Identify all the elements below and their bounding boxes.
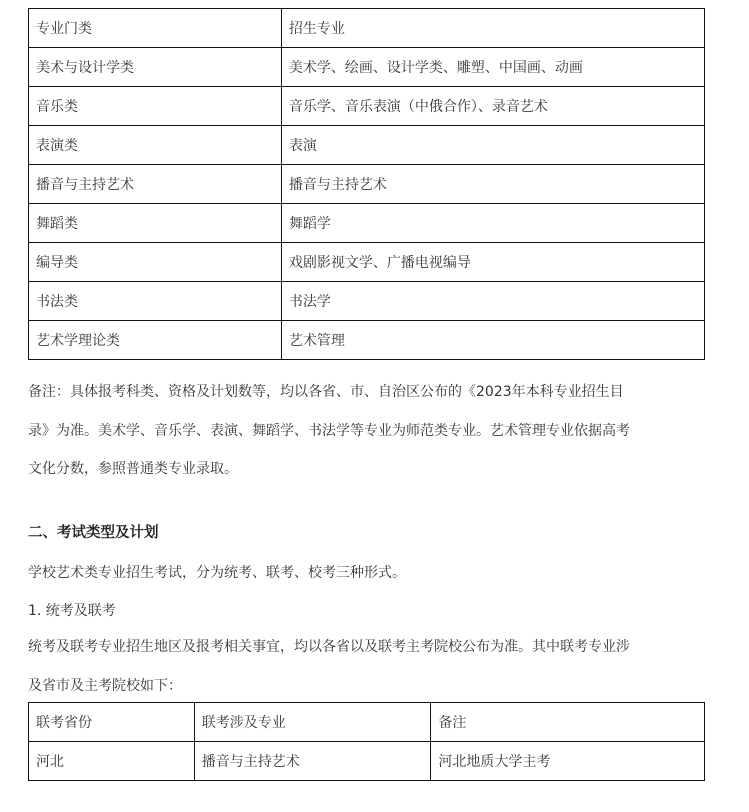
cell-category: 舞蹈类 <box>29 204 282 243</box>
note-line: 录》为准。美术学、音乐学、表演、舞蹈学、书法学等专业为师范类专业。艺术管理专业依… <box>28 412 708 451</box>
table-row: 河北 播音与主持艺术 河北地质大学主考 <box>29 742 705 781</box>
cell-category: 书法类 <box>29 282 282 321</box>
cell-majors: 艺术管理 <box>281 321 704 360</box>
table-row: 表演类 表演 <box>29 126 705 165</box>
joint-exam-table: 联考省份 联考涉及专业 备注 河北 播音与主持艺术 河北地质大学主考 <box>28 702 705 781</box>
cell-province: 河北 <box>29 742 195 781</box>
header-cell-major: 联考涉及专业 <box>194 703 431 742</box>
note-paragraph: 备注：具体报考科类、资格及计划数等，均以各省、市、自治区公布的《2023年本科专… <box>28 373 708 489</box>
majors-table: 专业门类 招生专业 美术与设计学类 美术学、绘画、设计学类、雕塑、中国画、动画 … <box>28 8 705 360</box>
cell-category: 艺术学理论类 <box>29 321 282 360</box>
cell-remark: 河北地质大学主考 <box>431 742 705 781</box>
header-cell-remark: 备注 <box>431 703 705 742</box>
note-line: 备注：具体报考科类、资格及计划数等，均以各省、市、自治区公布的《2023年本科专… <box>28 373 708 412</box>
cell-category: 音乐类 <box>29 87 282 126</box>
table-row: 播音与主持艺术 播音与主持艺术 <box>29 165 705 204</box>
table-header-row: 联考省份 联考涉及专业 备注 <box>29 703 705 742</box>
subsection-title: 1. 统考及联考 <box>28 592 708 631</box>
table-row: 艺术学理论类 艺术管理 <box>29 321 705 360</box>
table-row: 书法类 书法学 <box>29 282 705 321</box>
table-row: 编导类 戏剧影视文学、广播电视编导 <box>29 243 705 282</box>
cell-majors: 戏剧影视文学、广播电视编导 <box>281 243 704 282</box>
cell-category: 播音与主持艺术 <box>29 165 282 204</box>
paragraph-line: 统考及联考专业招生地区及报考相关事宜，均以各省以及联考主考院校公布为准。其中联考… <box>28 628 708 667</box>
paragraph-line: 及省市及主考院校如下： <box>28 667 708 706</box>
header-cell-category: 专业门类 <box>29 9 282 48</box>
cell-majors: 音乐学、音乐表演（中俄合作）、录音艺术 <box>281 87 704 126</box>
cell-category: 表演类 <box>29 126 282 165</box>
table-row: 美术与设计学类 美术学、绘画、设计学类、雕塑、中国画、动画 <box>29 48 705 87</box>
section-heading: 二、考试类型及计划 <box>28 521 159 542</box>
table-header-row: 专业门类 招生专业 <box>29 9 705 48</box>
cell-majors: 舞蹈学 <box>281 204 704 243</box>
cell-majors: 播音与主持艺术 <box>281 165 704 204</box>
cell-majors: 美术学、绘画、设计学类、雕塑、中国画、动画 <box>281 48 704 87</box>
subsection-paragraph: 统考及联考专业招生地区及报考相关事宜，均以各省以及联考主考院校公布为准。其中联考… <box>28 628 708 705</box>
cell-majors: 书法学 <box>281 282 704 321</box>
table-row: 音乐类 音乐学、音乐表演（中俄合作）、录音艺术 <box>29 87 705 126</box>
cell-majors: 表演 <box>281 126 704 165</box>
header-cell-province: 联考省份 <box>29 703 195 742</box>
note-line: 文化分数，参照普通类专业录取。 <box>28 450 708 489</box>
table-row: 舞蹈类 舞蹈学 <box>29 204 705 243</box>
cell-category: 美术与设计学类 <box>29 48 282 87</box>
cell-major: 播音与主持艺术 <box>194 742 431 781</box>
header-cell-majors: 招生专业 <box>281 9 704 48</box>
cell-category: 编导类 <box>29 243 282 282</box>
section-intro: 学校艺术类专业招生考试，分为统考、联考、校考三种形式。 <box>28 554 708 593</box>
